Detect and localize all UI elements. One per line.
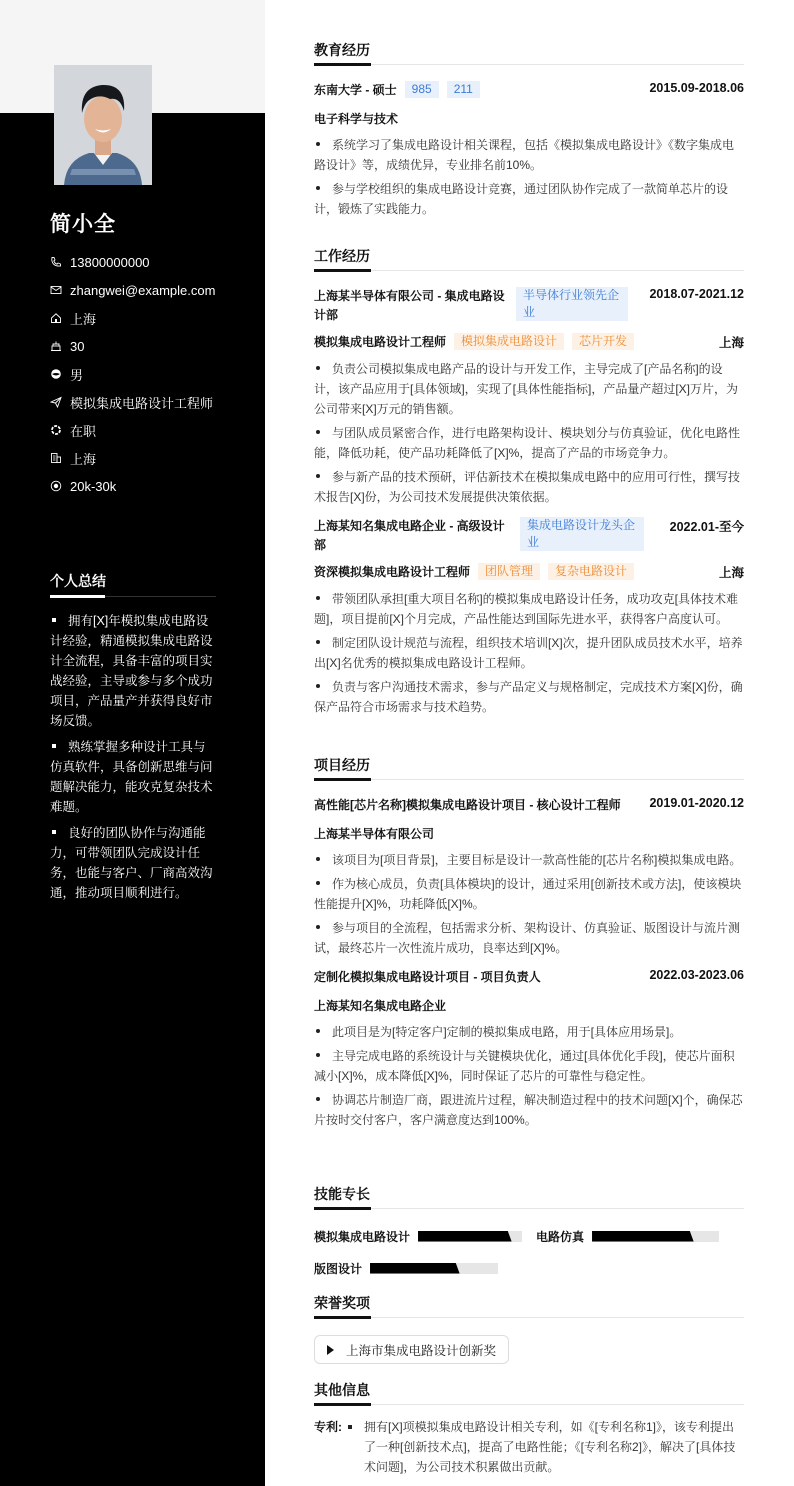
job-header-row: 上海某知名集成电路企业 - 高级设计部 集成电路设计龙头企业 2022.01-至… [314, 517, 744, 555]
info-phone: 13800000000 [50, 248, 250, 276]
education-section: 教育经历 东南大学 - 硕士 985 211 2015.09-2018.06 电… [314, 40, 744, 223]
summary-list: 拥有[X]年模拟集成电路设计经验，精通模拟集成电路设计全流程，具备丰富的项目实战… [50, 611, 216, 903]
skill-bar-fill [370, 1263, 460, 1274]
job-date: 2018.07-2021.12 [649, 287, 744, 301]
education-heading: 教育经历 [314, 40, 744, 65]
bullet-icon [316, 684, 320, 688]
gender-value: 男 [70, 365, 83, 384]
personal-summary: 个人总结 拥有[X]年模拟集成电路设计经验，精通模拟集成电路设计全流程，具备丰富… [50, 571, 216, 909]
job-company: 上海某知名集成电路企业 - 高级设计部 [314, 517, 510, 555]
info-status: 在职 [50, 416, 250, 444]
work-section: 工作经历 上海某半导体有限公司 - 集成电路设计部 半导体行业领先企业 2018… [314, 246, 744, 721]
school-tag: 985 [405, 81, 439, 98]
bullet-icon [316, 142, 320, 146]
skill-bar [370, 1263, 498, 1274]
project-company: 上海某半导体有限公司 [314, 825, 744, 842]
project-bullets: 该项目为[项目背景]，主要目标是设计一款高性能的[芯片名称]模拟集成电路。 作为… [314, 850, 744, 958]
bullet-item: 此项目是为[特定客户]定制的模拟集成电路，用于[具体应用场景]。 [314, 1022, 744, 1042]
bullet-icon [316, 925, 320, 929]
gender-icon [50, 368, 62, 380]
job-company: 上海某半导体有限公司 - 集成电路设计部 [314, 287, 510, 325]
company-tag: 半导体行业领先企业 [516, 287, 628, 321]
skill-item: 电路仿真 [536, 1229, 719, 1243]
age-icon [50, 340, 62, 352]
sidebar: 简小全 13800000000 zhangwei@example.com 上海 … [0, 0, 265, 1486]
job-entry: 上海某半导体有限公司 - 集成电路设计部 半导体行业领先企业 2018.07-2… [314, 287, 744, 507]
candidate-name: 简小全 [50, 208, 116, 238]
project-date: 2019.01-2020.12 [649, 796, 744, 810]
education-header-row: 东南大学 - 硕士 985 211 2015.09-2018.06 [314, 81, 744, 98]
bullet-item: 与团队成员紧密合作，进行电路架构设计、模块划分与仿真验证，优化电路性能，降低功耗… [314, 423, 744, 463]
bullet-icon [316, 596, 320, 600]
job-date: 2022.01-至今 [670, 517, 744, 535]
building-icon [50, 452, 62, 464]
bullet-item: 负责与客户沟通技术需求，参与产品定义与规格制定，完成技术方案[X]份，确保产品符… [314, 677, 744, 717]
info-salary: 20k-30k [50, 472, 250, 500]
job-role: 资深模拟集成电路设计工程师 [314, 563, 470, 580]
bullet-icon [316, 186, 320, 190]
contact-info-list: 13800000000 zhangwei@example.com 上海 30 男… [50, 248, 250, 500]
bullet-icon [52, 744, 56, 748]
school-tag: 211 [447, 81, 480, 98]
bullet-icon [316, 640, 320, 644]
home-value: 上海 [70, 309, 96, 328]
education-date: 2015.09-2018.06 [649, 81, 744, 95]
avatar [54, 65, 152, 185]
skill-bar [418, 1231, 522, 1242]
job-role-row: 资深模拟集成电路设计工程师 团队管理 复杂电路设计 上海 [314, 563, 744, 581]
skill-name: 模拟集成电路设计 [314, 1228, 410, 1245]
awards-heading: 荣誉奖项 [314, 1293, 744, 1318]
home-icon [50, 312, 62, 324]
project-company: 上海某知名集成电路企业 [314, 997, 744, 1014]
bullet-icon [316, 1097, 320, 1101]
patent-label: 专利: [314, 1417, 342, 1477]
bullet-item: 主导完成电路的系统设计与关键模块优化，通过[具体优化手段]，使芯片面积减小[X]… [314, 1046, 744, 1086]
job-header-row: 上海某半导体有限公司 - 集成电路设计部 半导体行业领先企业 2018.07-2… [314, 287, 744, 325]
bullet-icon [316, 857, 320, 861]
bullet-icon [316, 1029, 320, 1033]
bullet-item: 参与新产品的技术预研，评估新技术在模拟集成电路中的应用可行性，撰写技术报告[X]… [314, 467, 744, 507]
awards-section: 荣誉奖项 上海市集成电路设计创新奖 [314, 1293, 744, 1364]
project-name: 高性能[芯片名称]模拟集成电路设计项目 - 核心设计工程师 [314, 796, 621, 813]
bullet-item: 制定团队设计规范与流程，组织技术培训[X]次，提升团队成员技术水平，培养出[X]… [314, 633, 744, 673]
bullet-icon [316, 881, 320, 885]
skills-row: 版图设计 [314, 1261, 744, 1275]
bullet-item: 带领团队承担[重大项目名称]的模拟集成电路设计任务，成功攻克[具体技术难题]，项… [314, 589, 744, 629]
role-tag: 芯片开发 [572, 333, 634, 350]
info-email: zhangwei@example.com [50, 276, 250, 304]
job-bullets: 带领团队承担[重大项目名称]的模拟集成电路设计任务，成功攻克[具体技术难题]，项… [314, 589, 744, 717]
status-value: 在职 [70, 421, 96, 440]
role-tag: 模拟集成电路设计 [454, 333, 564, 350]
project-bullets: 此项目是为[特定客户]定制的模拟集成电路，用于[具体应用场景]。 主导完成电路的… [314, 1022, 744, 1130]
bullet-icon [316, 366, 320, 370]
summary-item: 熟练掌握多种设计工具与仿真软件，具备创新思维与问题解决能力，能攻克复杂技术难题。 [50, 737, 216, 817]
info-age: 30 [50, 332, 250, 360]
skill-bar [592, 1231, 719, 1242]
salary-icon [50, 480, 62, 492]
project-date: 2022.03-2023.06 [649, 968, 744, 982]
bullet-item: 负责公司模拟集成电路产品的设计与开发工作，主导完成了[产品名称]的设计，该产品应… [314, 359, 744, 419]
skill-bar-fill [418, 1231, 512, 1242]
bullet-item: 协调芯片制造厂商，跟进流片过程，解决制造过程中的技术问题[X]个，确保芯片按时交… [314, 1090, 744, 1130]
skill-item: 模拟集成电路设计 [314, 1229, 522, 1243]
job-role-row: 模拟集成电路设计工程师 模拟集成电路设计 芯片开发 上海 [314, 333, 744, 351]
project-header-row: 定制化模拟集成电路设计项目 - 项目负责人 2022.03-2023.06 [314, 968, 744, 985]
summary-item: 良好的团队协作与沟通能力，可带领团队完成设计任务，也能与客户、厂商高效沟通，推动… [50, 823, 216, 903]
education-major: 电子科学与技术 [314, 110, 744, 127]
job-location: 上海 [719, 333, 744, 351]
company-tag: 集成电路设计龙头企业 [520, 517, 644, 551]
bullet-icon [316, 474, 320, 478]
bullet-item: 参与项目的全流程，包括需求分析、架构设计、仿真验证、版图设计与流片测试，最终芯片… [314, 918, 744, 958]
education-bullets: 系统学习了集成电路设计相关课程，包括《模拟集成电路设计》《数字集成电路设计》等，… [314, 135, 744, 219]
patent-row: 专利: 拥有[X]项模拟集成电路设计相关专利，如《[专利名称1]》，该专利提出了… [314, 1417, 744, 1477]
info-position: 模拟集成电路设计工程师 [50, 388, 250, 416]
summary-heading: 个人总结 [50, 571, 216, 597]
project-name: 定制化模拟集成电路设计项目 - 项目负责人 [314, 968, 541, 985]
job-location: 上海 [719, 563, 744, 581]
email-value: zhangwei@example.com [70, 283, 215, 298]
bullet-item: 作为核心成员，负责[具体模块]的设计，通过采用[创新技术或方法]，使该模块性能提… [314, 874, 744, 914]
salary-value: 20k-30k [70, 479, 116, 494]
role-tag: 团队管理 [478, 563, 540, 580]
project-entry: 定制化模拟集成电路设计项目 - 项目负责人 2022.03-2023.06 上海… [314, 968, 744, 1130]
age-value: 30 [70, 339, 84, 354]
info-city: 上海 [50, 444, 250, 472]
skills-row: 模拟集成电路设计 电路仿真 [314, 1229, 744, 1243]
info-home: 上海 [50, 304, 250, 332]
skill-bar-fill [592, 1231, 694, 1242]
job-bullets: 负责公司模拟集成电路产品的设计与开发工作，主导完成了[产品名称]的设计，该产品应… [314, 359, 744, 507]
bullet-icon [316, 430, 320, 434]
phone-value: 13800000000 [70, 255, 150, 270]
school-name: 东南大学 - 硕士 [314, 81, 397, 98]
skills-section: 技能专长 模拟集成电路设计 电路仿真 版图设计 [314, 1184, 744, 1275]
position-value: 模拟集成电路设计工程师 [70, 393, 213, 412]
job-role: 模拟集成电路设计工程师 [314, 333, 446, 350]
other-heading: 其他信息 [314, 1380, 744, 1405]
bullet-item: 系统学习了集成电路设计相关课程，包括《模拟集成电路设计》《数字集成电路设计》等，… [314, 135, 744, 175]
bullet-icon [52, 618, 56, 622]
projects-section: 项目经历 高性能[芯片名称]模拟集成电路设计项目 - 核心设计工程师 2019.… [314, 755, 744, 1134]
award-name: 上海市集成电路设计创新奖 [346, 1341, 496, 1359]
mail-icon [50, 284, 62, 296]
send-icon [50, 396, 62, 408]
patent-text: 拥有[X]项模拟集成电路设计相关专利，如《[专利名称1]》，该专利提出了一种[创… [364, 1417, 744, 1477]
phone-icon [50, 256, 62, 268]
bullet-item: 该项目为[项目背景]，主要目标是设计一款高性能的[芯片名称]模拟集成电路。 [314, 850, 744, 870]
bullet-icon [348, 1425, 352, 1429]
bullet-icon [316, 1053, 320, 1057]
skill-name: 版图设计 [314, 1260, 362, 1277]
city-value: 上海 [70, 449, 96, 468]
job-entry: 上海某知名集成电路企业 - 高级设计部 集成电路设计龙头企业 2022.01-至… [314, 517, 744, 717]
bullet-item: 参与学校组织的集成电路设计竞赛，通过团队协作完成了一款简单芯片的设计，锻炼了实践… [314, 179, 744, 219]
projects-heading: 项目经历 [314, 755, 744, 780]
award-item[interactable]: 上海市集成电路设计创新奖 [314, 1335, 509, 1364]
summary-item: 拥有[X]年模拟集成电路设计经验，精通模拟集成电路设计全流程，具备丰富的项目实战… [50, 611, 216, 731]
skill-item: 版图设计 [314, 1261, 498, 1275]
info-gender: 男 [50, 360, 250, 388]
other-section: 其他信息 专利: 拥有[X]项模拟集成电路设计相关专利，如《[专利名称1]》，该… [314, 1380, 744, 1477]
skills-heading: 技能专长 [314, 1184, 744, 1209]
project-header-row: 高性能[芯片名称]模拟集成电路设计项目 - 核心设计工程师 2019.01-20… [314, 796, 744, 813]
skill-name: 电路仿真 [536, 1228, 584, 1245]
work-heading: 工作经历 [314, 246, 744, 271]
status-icon [50, 424, 62, 436]
project-entry: 高性能[芯片名称]模拟集成电路设计项目 - 核心设计工程师 2019.01-20… [314, 796, 744, 958]
role-tag: 复杂电路设计 [548, 563, 634, 580]
play-triangle-icon [327, 1345, 334, 1355]
bullet-icon [52, 830, 56, 834]
